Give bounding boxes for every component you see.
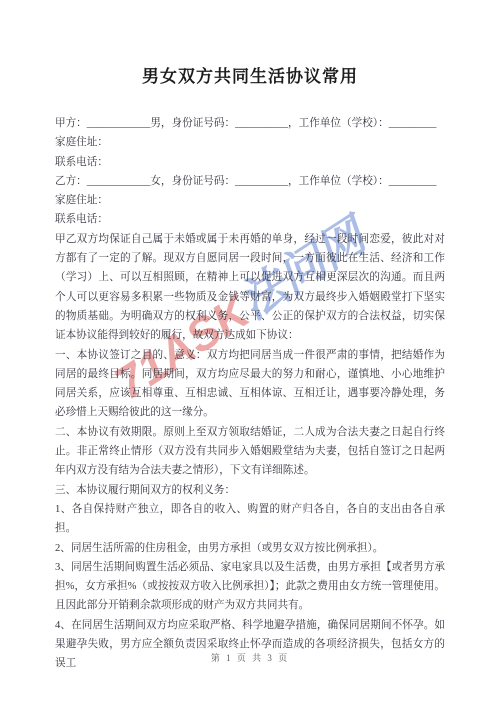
document-page: 71ASK法问网 男女双方共同生活协议常用 甲方：____________男，身… bbox=[0, 0, 500, 706]
preamble-paragraph: 甲乙双方均保证自己属于未婚或属于未再婚的单身，经过一段时间恋爱，彼此对对方都有了… bbox=[55, 230, 445, 346]
party-b-phone-line: 联系电话： bbox=[55, 210, 445, 229]
clause-3-heading: 三、本协议履行期间双方的权利义务： bbox=[55, 481, 445, 500]
document-title: 男女双方共同生活协议常用 bbox=[0, 62, 500, 87]
party-a-address-line: 家庭住址： bbox=[55, 133, 445, 152]
party-a-phone-line: 联系电话： bbox=[55, 153, 445, 172]
clause-1-paragraph: 一、本协议签订之目的、意义：双方均把同居当成一件很严肃的事情，把结婚作为同居的最… bbox=[55, 346, 445, 423]
clause-3-item-3: 3、同居生活期间购置生活必须品、家电家具以及生活费，由男方承担【或者男方承担%，… bbox=[55, 558, 445, 616]
document-body: 甲方：____________男，身份证号码：__________，工作单位（学… bbox=[55, 114, 445, 674]
party-b-info-line: 乙方：____________女，身份证号码：__________，工作单位（学… bbox=[55, 172, 445, 191]
clause-3-item-2: 2、同居生活所需的住房租金，由男方承担（或男女双方按比例承担）。 bbox=[55, 539, 445, 558]
clause-3-item-4: 4、在同居生活期间双方均应采取严格、科学地避孕措施，确保同居期间不怀孕。如果避孕… bbox=[55, 616, 445, 674]
page-number-footer: 第 1 页 共 3 页 bbox=[0, 651, 500, 664]
party-a-info-line: 甲方：____________男，身份证号码：__________，工作单位（学… bbox=[55, 114, 445, 133]
clause-3-item-1: 1、各自保持财产独立，即各自的收入、购置的财产归各自，各自的支出由各自承担。 bbox=[55, 500, 445, 539]
party-b-address-line: 家庭住址： bbox=[55, 191, 445, 210]
clause-2-paragraph: 二、本协议有效期限。原则上至双方领取结婚证，二人成为合法夫妻之日起自行终止。非正… bbox=[55, 423, 445, 481]
